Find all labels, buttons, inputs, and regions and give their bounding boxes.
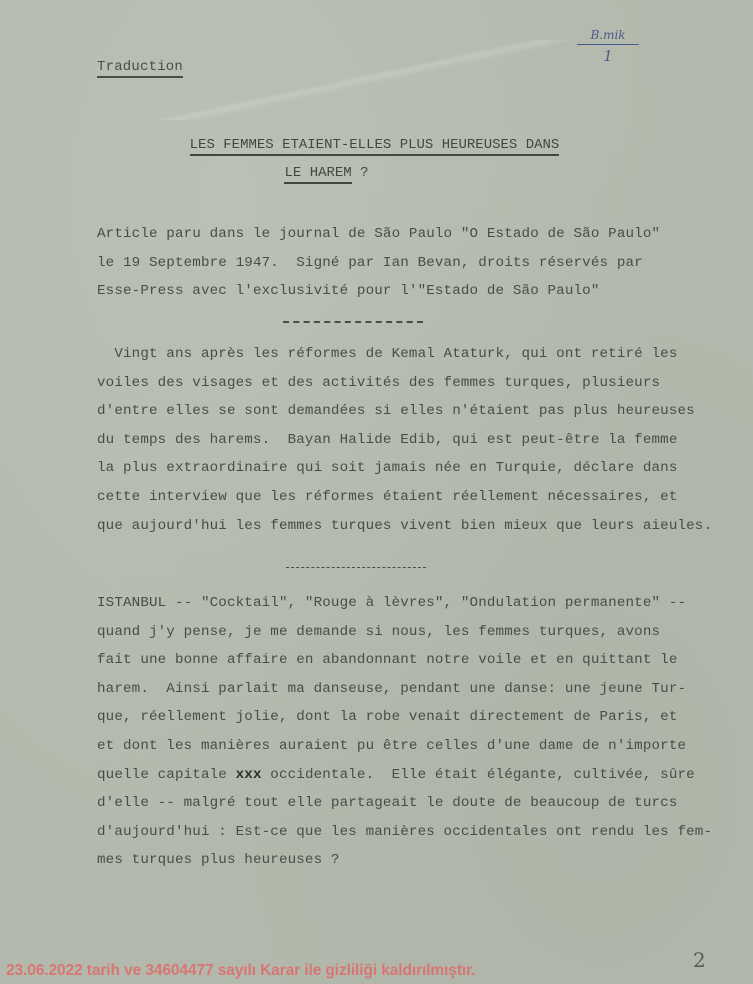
- scanned-page: B.mik 1 Traduction LES FEMMES ETAIENT-EL…: [0, 0, 753, 984]
- handwritten-page-number: 2: [693, 948, 706, 972]
- text-line: d'aujourd'hui : Est-ce que les manières …: [97, 818, 712, 847]
- text-line: quand j'y pense, je me demande si nous, …: [97, 618, 712, 647]
- text-segment: occidentale. Elle était élégante, cultiv…: [262, 767, 695, 783]
- text-line: cette interview que les réformes étaient…: [97, 483, 712, 512]
- text-line: d'entre elles se sont demandées si elles…: [97, 397, 712, 426]
- separator-rule: [286, 567, 426, 568]
- summary-paragraph: Vingt ans après les réformes de Kemal At…: [97, 340, 712, 540]
- text-segment: quelle capitale: [97, 767, 236, 783]
- text-line: d'elle -- malgré tout elle partageait le…: [97, 789, 712, 818]
- text-line: ISTANBUL -- "Cocktail", "Rouge à lèvres"…: [97, 589, 712, 618]
- intro-line: Article paru dans le journal de São Paul…: [97, 220, 660, 249]
- handwritten-note-top: B.mik: [577, 28, 639, 45]
- document-label: Traduction: [97, 59, 183, 78]
- intro-paragraph: Article paru dans le journal de São Paul…: [97, 220, 660, 306]
- intro-line: le 19 Septembre 1947. Signé par Ian Beva…: [97, 249, 660, 278]
- text-line: fait une bonne affaire en abandonnant no…: [97, 646, 712, 675]
- declassification-stamp: 23.06.2022 tarih ve 34604477 sayılı Kara…: [6, 962, 475, 980]
- title-line-2-suffix: ?: [352, 165, 369, 181]
- text-line: et dont les manières auraient pu être ce…: [97, 732, 712, 761]
- struck-out-text: xxx: [236, 767, 262, 783]
- intro-line: Esse-Press avec l'exclusivité pour l'"Es…: [97, 277, 660, 306]
- article-paragraph: ISTANBUL -- "Cocktail", "Rouge à lèvres"…: [97, 589, 712, 875]
- text-line: voiles des visages et des activités des …: [97, 369, 712, 398]
- text-line: quelle capitale xxx occidentale. Elle ét…: [97, 761, 712, 790]
- title-line-2-underlined: LE HAREM: [284, 165, 351, 184]
- text-line: que, réellement jolie, dont la robe vena…: [97, 703, 712, 732]
- title-line-2: LE HAREM ?: [0, 165, 703, 181]
- handwritten-note-bottom: 1: [573, 47, 643, 65]
- text-line: harem. Ainsi parlait ma danseuse, pendan…: [97, 675, 712, 704]
- title-line-1: LES FEMMES ETAIENT-ELLES PLUS HEUREUSES …: [0, 137, 751, 153]
- separator-rule: [283, 321, 423, 323]
- text-line: du temps des harems. Bayan Halide Edib, …: [97, 426, 712, 455]
- text-line: la plus extraordinaire qui soit jamais n…: [97, 454, 712, 483]
- text-line: mes turques plus heureuses ?: [97, 846, 712, 875]
- title-line-1-text: LES FEMMES ETAIENT-ELLES PLUS HEUREUSES …: [190, 137, 560, 156]
- handwritten-annotation: B.mik 1: [573, 24, 643, 65]
- text-line: que aujourd'hui les femmes turques viven…: [97, 512, 712, 541]
- text-line: Vingt ans après les réformes de Kemal At…: [97, 340, 712, 369]
